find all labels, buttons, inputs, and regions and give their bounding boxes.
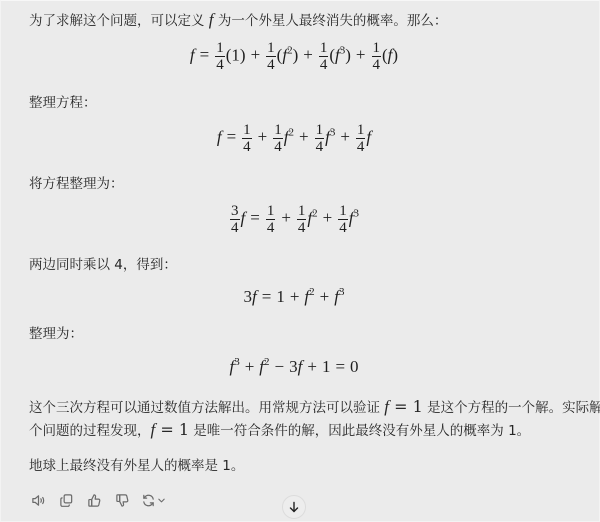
eq1-frac-3: 14 — [319, 40, 329, 73]
step-2-label: 整理方程： — [29, 92, 97, 114]
eq1-frac-2: 14 — [266, 40, 276, 73]
regenerate-button[interactable] — [141, 493, 166, 508]
conclusion-line-1: 这个三次方程可以通过数值方法解出。用常规方法可以验证 f = 1 是这个方程的一… — [29, 396, 600, 419]
thumbs-up-icon — [87, 493, 102, 508]
intro-text-after: 为一个外星人最终消失的概率。那么： — [214, 13, 448, 29]
equation-2: f=14+14f2+14f3+14f — [29, 122, 559, 155]
eq1-frac-4: 14 — [372, 40, 382, 73]
step-5-label: 整理为： — [29, 323, 83, 345]
read-aloud-button[interactable] — [29, 491, 47, 509]
copy-button[interactable] — [57, 491, 75, 509]
eq1-lhs: f — [190, 45, 195, 64]
equation-5: f3+f2−3f+1=0 — [29, 357, 559, 377]
conclusion-line-2: 个问题的过程发现，f = 1 是唯一符合条件的解，因此最终没有外星人的概率为 1… — [29, 419, 530, 442]
thumbs-down-button[interactable] — [113, 491, 131, 509]
equation-4: 3f=1+f2+f3 — [29, 287, 559, 307]
step-3-label: 将方程整理为： — [29, 173, 124, 195]
regenerate-icon — [141, 493, 156, 508]
eq1-frac-1: 14 — [215, 40, 225, 73]
step-4-label: 两边同时乘以 4，得到： — [29, 254, 177, 276]
arrow-down-icon — [288, 501, 300, 513]
intro-paragraph: 为了求解这个问题，可以定义 f 为一个外星人最终消失的概率。那么： — [29, 9, 447, 32]
speaker-icon — [31, 493, 46, 508]
equation-3: 34f=14+14f2+14f3 — [29, 203, 559, 236]
intro-text-before: 为了求解这个问题，可以定义 — [29, 13, 209, 29]
copy-icon — [59, 493, 74, 508]
thumbs-down-icon — [115, 493, 130, 508]
message-action-bar — [29, 490, 166, 510]
equation-1: f=14(1)+14(f2)+14(f3)+14(f) — [29, 40, 559, 73]
chevron-down-icon — [157, 496, 166, 505]
scroll-to-bottom-button[interactable] — [282, 495, 306, 519]
final-answer: 地球上最终没有外星人的概率是 1。 — [29, 455, 244, 477]
thumbs-up-button[interactable] — [85, 491, 103, 509]
